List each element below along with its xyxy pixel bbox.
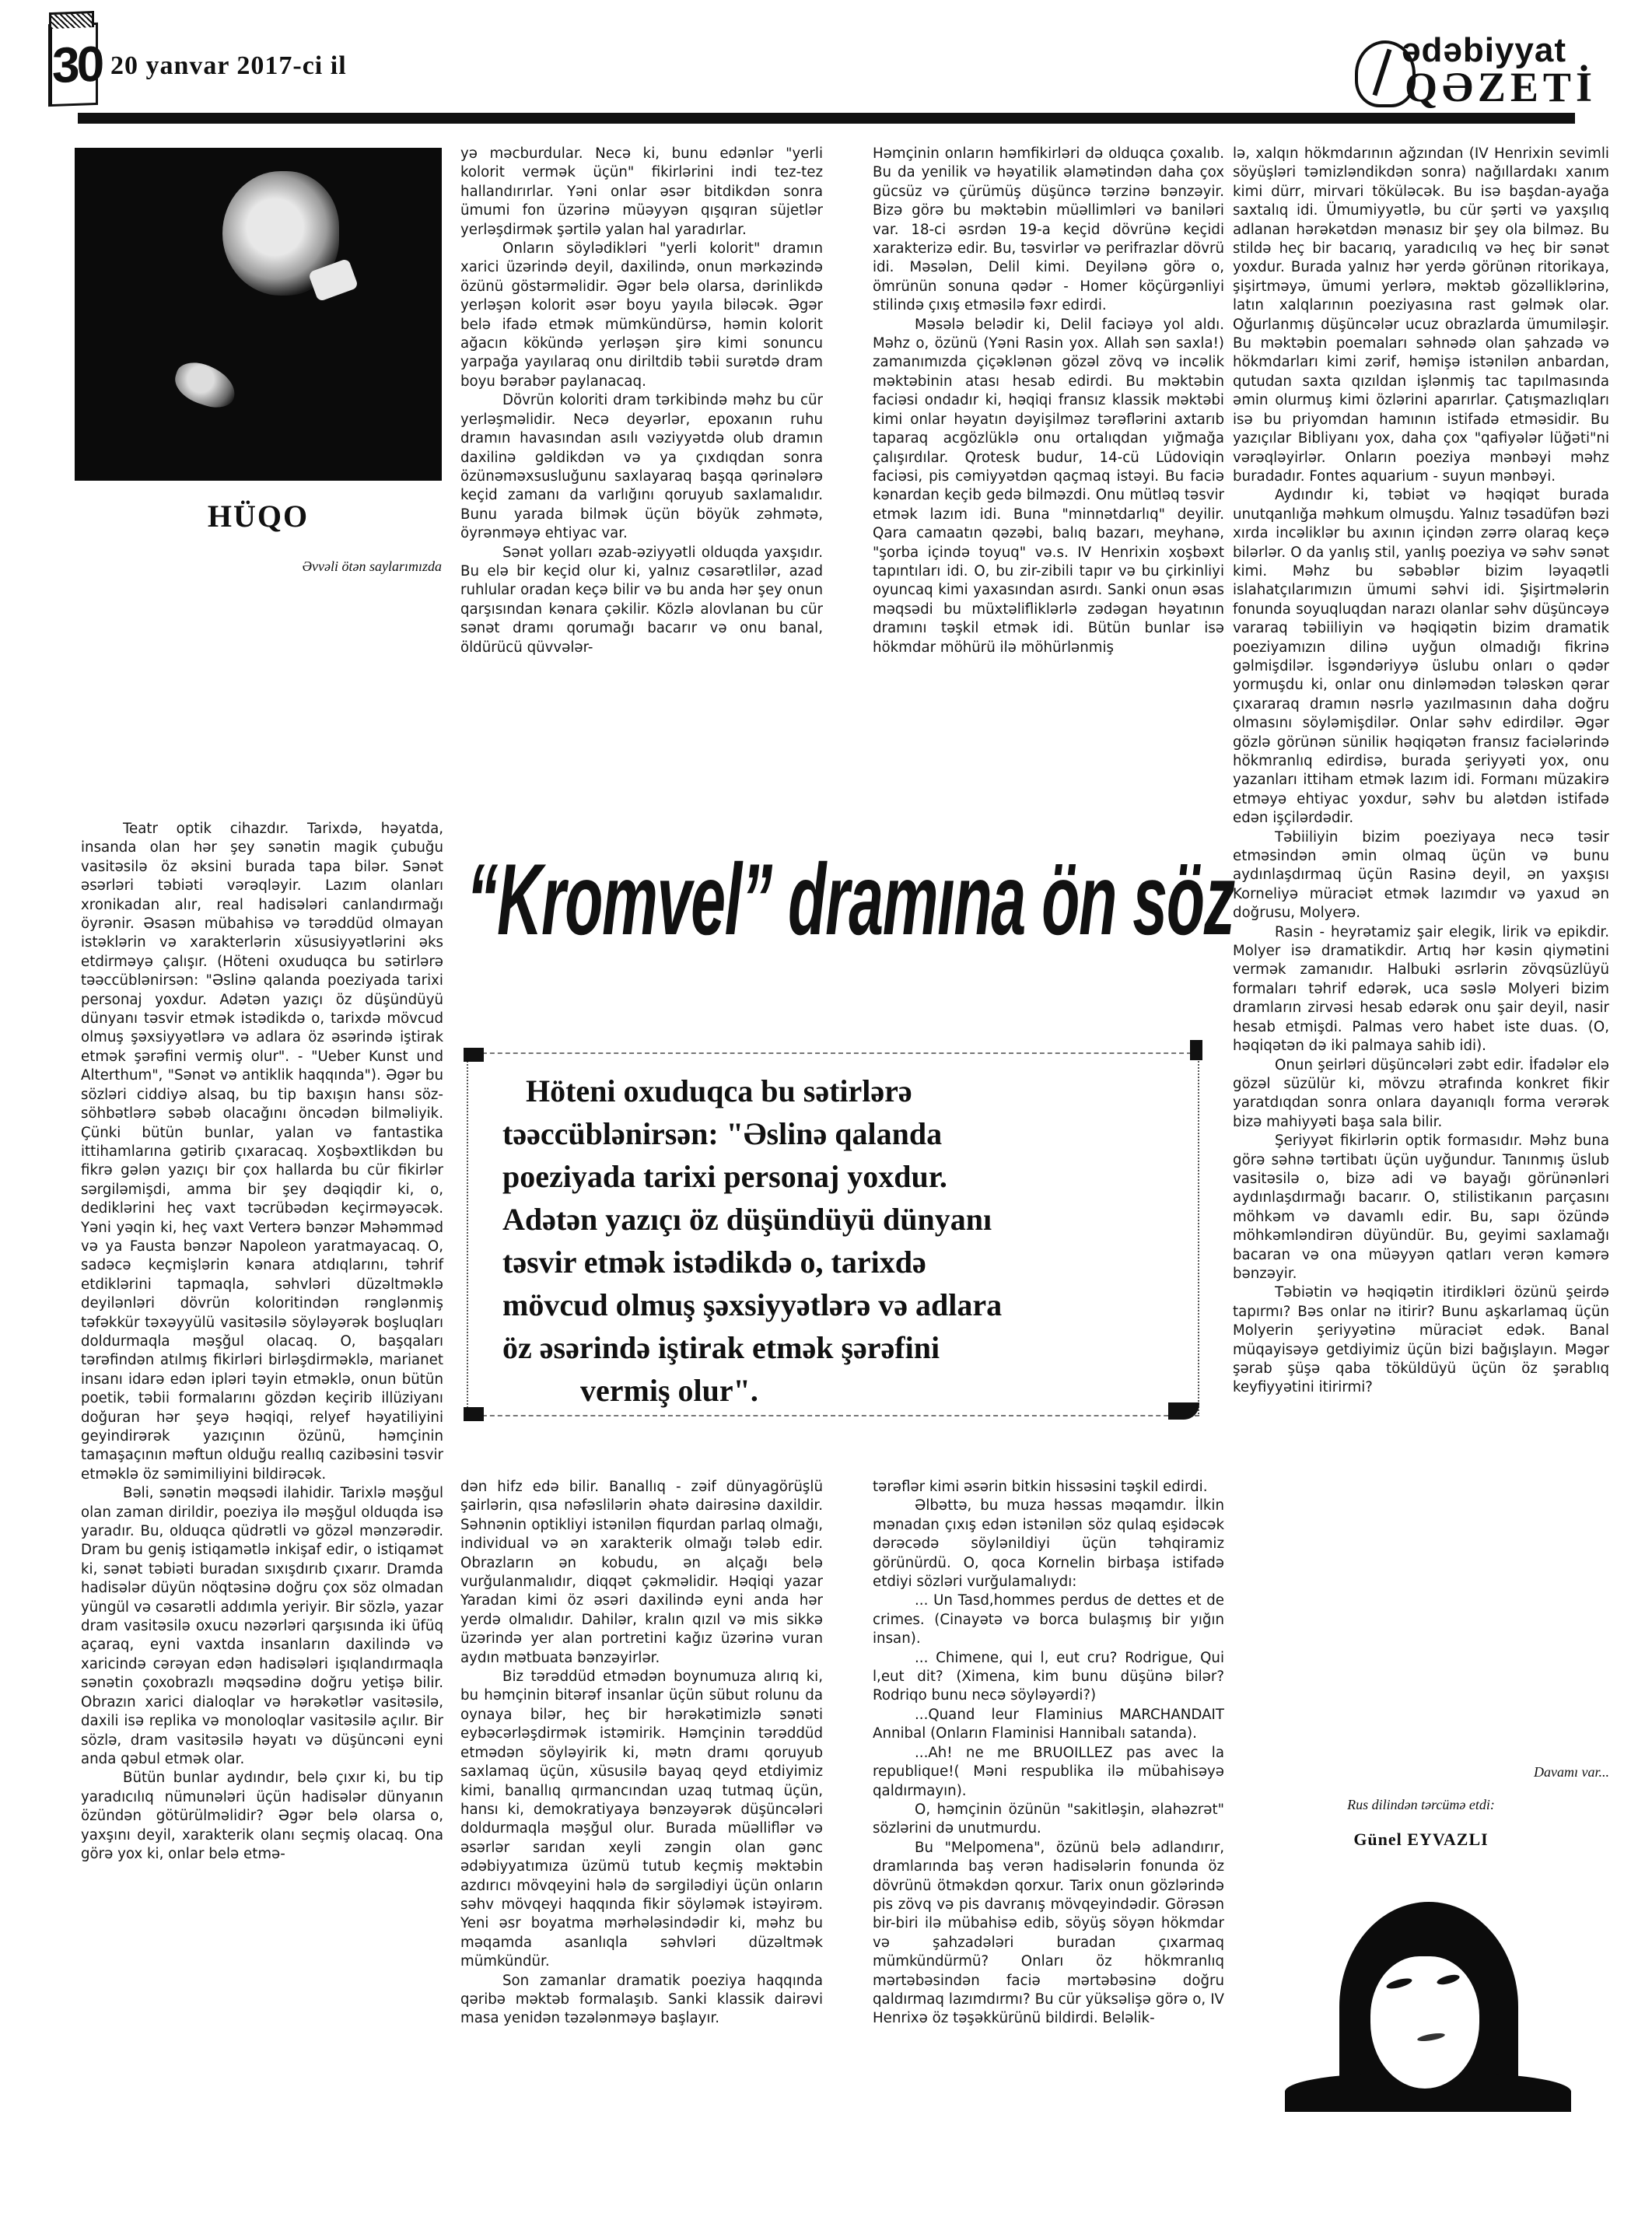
paragraph: Məsələ belədir ki, Delil faciəyə yol ald…: [873, 316, 1224, 657]
article-column-3-top: Həmçinin onların həmfikirləri də olduqca…: [873, 145, 1224, 814]
frame-corner: [464, 1407, 484, 1421]
paragraph: Bütün bunlar aydındır, belə çıxır ki, bu…: [81, 1769, 443, 1864]
paragraph: ... Chimene, qui l, eut cru? Rodrigue, Q…: [873, 1649, 1224, 1706]
author-name: HÜQO: [75, 498, 442, 534]
paragraph: ...Ah! ne me BRUOILLEZ pas avec la repub…: [873, 1744, 1224, 1801]
pull-quote-line: öz əsərində iştirak etmək şərəfini: [502, 1326, 1187, 1369]
article-column-3-bottom: tərəflər kimi əsərin bitkin hissəsini tə…: [873, 1478, 1224, 2217]
newspaper-masthead: ədəbiyyat QƏZETİ: [1355, 33, 1604, 107]
paragraph: Onun şeirləri düşüncələri zəbt edir. İfa…: [1233, 1056, 1609, 1133]
page-number: 30: [48, 23, 98, 107]
paragraph: Sənət yolları əzab-əziyyətli olduqda yax…: [460, 544, 823, 657]
paragraph: dən hifz edə bilir. Banallıq - zəif düny…: [460, 1478, 823, 1668]
article-column-4: lə, xalqın hökmdarının ağzından (IV Henr…: [1233, 145, 1609, 1755]
header-rule: [78, 113, 1575, 124]
paragraph: ... Un Tasd,hommes perdus de dettes et d…: [873, 1591, 1224, 1648]
translator-name: Günel EYVAZLI: [1233, 1830, 1609, 1850]
paragraph: Təbiətin və həqiqətin itirdikləri özünü …: [1233, 1283, 1609, 1397]
pull-quote-line: vermiş olur".: [502, 1369, 1187, 1412]
paragraph: Son zamanlar dramatik poeziya haqqında q…: [460, 1972, 823, 2029]
translator-face: [1370, 1956, 1479, 2089]
translator-photo: [1285, 1902, 1571, 2112]
paragraph: O, həmçinin özünün "sakitləşin, əlahəzrə…: [873, 1801, 1224, 1839]
pull-quote-line: poeziyada tarixi personaj yoxdur.: [502, 1155, 1187, 1198]
issue-date: 20 yanvar 2017-ci il: [110, 51, 347, 81]
paragraph: Şeriyyət fikirlərin optik formasıdır. Mə…: [1233, 1132, 1609, 1283]
pull-quote-box: Höteni oxuduqca bu sətirlərə təəccübləni…: [467, 1052, 1199, 1416]
continued-note: Davamı var...: [1233, 1764, 1609, 1781]
pull-quote-line: Adətən yazıçı öz düşündüyü dünyanı: [502, 1198, 1187, 1241]
paragraph: Rasin - heyrətamiz şair elegik, lirik və…: [1233, 923, 1609, 1056]
pull-quote-text: Höteni oxuduqca bu sətirlərə təəccübləni…: [502, 1070, 1187, 1412]
article-headline: “Kromvel” dramına ön söz: [467, 837, 940, 977]
paragraph: yə məcburdular. Necə ki, bunu edənlər "y…: [460, 145, 823, 240]
pull-quote-line: təəccüblənirsən: "Əslinə qalanda: [502, 1112, 1187, 1155]
paragraph: Əlbəttə, bu muza həssas məqamdır. İlkin …: [873, 1497, 1224, 1591]
frame-corner: [464, 1048, 484, 1062]
paragraph: Dövrün koloriti dram tərkibində məhz bu …: [460, 391, 823, 543]
translated-by-label: Rus dilindən tərcümə etdi:: [1233, 1797, 1609, 1813]
paragraph: Bu "Melpomena", özünü belə adlandırır, d…: [873, 1839, 1224, 2029]
article-column-2-bottom: dən hifz edə bilir. Banallıq - zəif düny…: [460, 1478, 823, 2217]
paragraph: Teatr optik cihazdır. Tarixdə, həyatda, …: [81, 820, 443, 1484]
portrait-hand: [170, 357, 241, 413]
pull-quote-line: mövcud olmuş şəxsiyyətlərə və adlara: [502, 1283, 1187, 1326]
author-photo: [75, 148, 442, 481]
masthead-bottom: QƏZETİ: [1405, 65, 1597, 109]
pull-quote-line: Höteni oxuduqca bu sətirlərə: [502, 1070, 1187, 1112]
frame-corner: [1190, 1040, 1202, 1060]
paragraph: Aydındır ki, təbiət və həqiqət burada un…: [1233, 486, 1609, 828]
article-column-1: Teatr optik cihazdır. Tarixdə, həyatda, …: [81, 820, 443, 2212]
article-column-2-top: yə məcburdular. Necə ki, bunu edənlər "y…: [460, 145, 823, 814]
pull-quote-line: təsvir etmək istədikdə o, tarixdə: [502, 1241, 1187, 1283]
paragraph: Təbiiliyin bizim poeziyaya necə təsir et…: [1233, 828, 1609, 923]
paragraph: Onların söylədikləri "yerli kolorit" dra…: [460, 240, 823, 391]
paragraph: Bəli, sənətin məqsədi ilahidir. Tarixlə …: [81, 1484, 443, 1769]
paragraph: lə, xalqın hökmdarının ağzından (IV Henr…: [1233, 145, 1609, 486]
paragraph: tərəflər kimi əsərin bitkin hissəsini tə…: [873, 1478, 1224, 1497]
previous-issues-note: Əvvəli ötən saylarımızda: [75, 559, 442, 575]
paragraph: ...Quand leur Flaminius MARCHANDAIT Anni…: [873, 1706, 1224, 1744]
paragraph: Həmçinin onların həmfikirləri də olduqca…: [873, 145, 1224, 316]
paragraph: Biz tərəddüd etmədən boynumuza alırıq ki…: [460, 1668, 823, 1972]
